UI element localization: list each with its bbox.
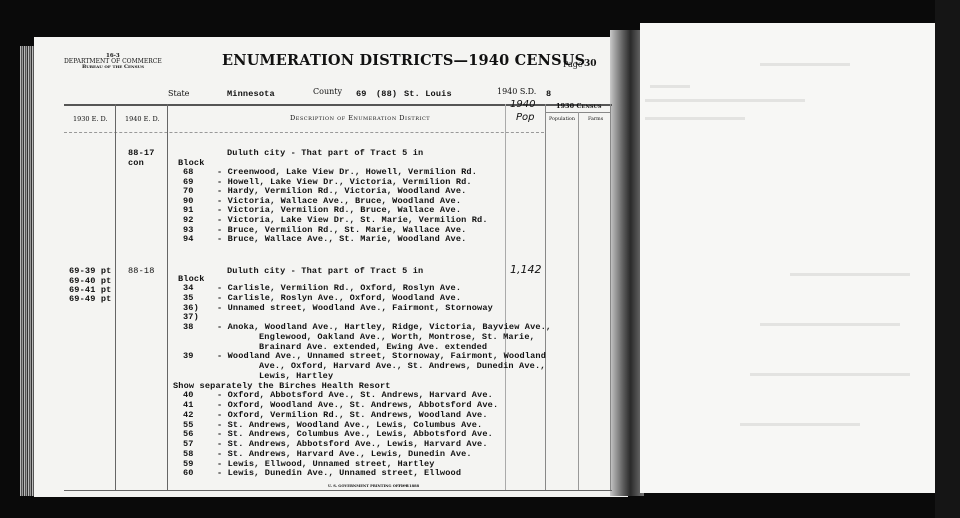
county-code: 69 (356, 89, 367, 99)
block-number: 40 (183, 390, 194, 400)
block-note: Show separately the Birches Health Resor… (173, 381, 391, 391)
block-description: - Woodland Ave., Unnamed street, Stornow… (217, 351, 546, 361)
block-number: 93 (183, 225, 194, 235)
ed-1930-value: 69-39 pt (69, 266, 111, 276)
block-description: - Creenwood, Lake View Dr., Howell, Verm… (217, 167, 477, 177)
block-number: 56 (183, 429, 194, 439)
page-number: 30 (584, 59, 597, 69)
block-number: 91 (183, 205, 194, 215)
block-number: 39 (183, 351, 194, 361)
right-page-faded (640, 23, 936, 493)
district-heading: Duluth city - That part of Tract 5 in (227, 148, 423, 158)
sd-number: 8 (546, 89, 551, 99)
form-title: ENUMERATION DISTRICTS—1940 CENSUS (222, 52, 585, 69)
block-number: 38 (183, 322, 194, 332)
table-bottom-rule (64, 490, 612, 491)
col-divider-4 (545, 104, 546, 490)
block-description: Ave., Oxford, Harvard Ave., St. Andrews,… (259, 361, 546, 371)
block-number: 34 (183, 283, 194, 293)
block-description: Englewood, Oakland Ave., Worth, Montrose… (259, 332, 535, 342)
col-divider-1 (115, 104, 116, 490)
col-divider-2 (167, 104, 168, 490)
block-description: - Lewis, Dunedin Ave., Unnamed street, E… (217, 468, 461, 478)
block-description: - Bruce, Wallace Ave., St. Marie, Woodla… (217, 234, 466, 244)
sd-label: 1940 S.D. (497, 87, 536, 96)
printer-imprint: U. S. GOVERNMENT PRINTING OFFICE (328, 484, 408, 488)
county-alt-code: (88) (376, 89, 397, 99)
book-gutter (610, 30, 644, 496)
block-description: - St. Andrews, Woodland Ave., Lewis, Col… (217, 420, 482, 430)
block-description: - Victoria, Vermilion Rd., Bruce, Wallac… (217, 205, 461, 215)
block-description: - St. Andrews, Harvard Ave., Lewis, Dune… (217, 449, 472, 459)
block-number: 70 (183, 186, 194, 196)
col-header-population: Population (549, 117, 575, 122)
block-description: - Oxford, Abbotsford Ave., St. Andrews, … (217, 390, 493, 400)
col-header-1940-ed: 1940 E. D. (125, 115, 160, 123)
block-number: 37) (183, 312, 199, 322)
block-number: 68 (183, 167, 194, 177)
block-description: - Carlisle, Vermilion Rd., Oxford, Rosly… (217, 283, 461, 293)
block-description: - St. Andrews, Abbotsford Ave., Lewis, H… (217, 439, 488, 449)
block-number: 35 (183, 293, 194, 303)
block-number: 90 (183, 196, 194, 206)
block-description: - Carlisle, Roslyn Ave., Oxford, Woodlan… (217, 293, 461, 303)
county-label: County (313, 87, 342, 96)
col-header-1940-pop-line2: Pop (516, 112, 535, 123)
col-header-1940-pop-line1: 1940 (510, 99, 535, 110)
ed-1940-value: 88-18 (128, 266, 155, 276)
block-description: - Anoka, Woodland Ave., Hartley, Ridge, … (217, 322, 551, 332)
block-description: - Unnamed street, Woodland Ave., Fairmon… (217, 303, 493, 313)
block-number: 36) (183, 303, 199, 313)
col-divider-5 (578, 112, 579, 490)
block-description: - Oxford, Vermilion Rd., St. Andrews, Wo… (217, 410, 488, 420)
state-value: Minnesota (227, 89, 275, 99)
block-description: - Bruce, Vermilion Rd., St. Marie, Walla… (217, 225, 466, 235)
scan-background (935, 0, 960, 518)
block-number: 57 (183, 439, 194, 449)
col-header-1930-census: 1930 Census (556, 102, 602, 110)
block-description: - Victoria, Lake View Dr., St. Marie, Ve… (217, 215, 488, 225)
page-label: Page (563, 60, 583, 69)
block-number: 41 (183, 400, 194, 410)
block-number: 92 (183, 215, 194, 225)
col-divider-3 (505, 104, 506, 490)
block-number: 69 (183, 177, 194, 187)
block-description: - Hardy, Vermilion Rd., Victoria, Woodla… (217, 186, 466, 196)
county-name: St. Louis (404, 89, 452, 99)
block-number: 94 (183, 234, 194, 244)
block-description: - Howell, Lake View Dr., Victoria, Vermi… (217, 177, 472, 187)
col-divider-6 (610, 104, 611, 490)
block-description: - Lewis, Ellwood, Unnamed street, Hartle… (217, 459, 435, 469)
block-description: - Victoria, Wallace Ave., Bruce, Woodlan… (217, 196, 461, 206)
block-number: 59 (183, 459, 194, 469)
col-header-farms: Farms (588, 117, 603, 122)
block-description: Lewis, Hartley (259, 371, 333, 381)
district-heading: Duluth city - That part of Tract 5 in (227, 266, 423, 276)
block-number: 58 (183, 449, 194, 459)
ed-1940-value: 88-17 (128, 148, 155, 158)
block-number: 60 (183, 468, 194, 478)
ed-1930-value: 69-49 pt (69, 294, 111, 304)
col-header-description: Description of Enumeration District (290, 114, 430, 122)
ed-1940-value: con (128, 158, 144, 168)
pop-1940-value: 1,142 (510, 263, 542, 276)
block-description: Brainard Ave. extended, Ewing Ave. exten… (259, 342, 487, 352)
printer-code: 11—11888 (398, 484, 419, 488)
bureau-label: Bureau of the Census (82, 64, 144, 70)
block-description: - St. Andrews, Columbus Ave., Lewis, Abb… (217, 429, 493, 439)
block-description: - Oxford, Woodland Ave., St. Andrews, Ab… (217, 400, 498, 410)
block-number: 42 (183, 410, 194, 420)
block-number: 55 (183, 420, 194, 430)
header-rule (64, 132, 544, 133)
col-header-1930-ed: 1930 E. D. (73, 115, 108, 123)
state-label: State (168, 89, 189, 98)
